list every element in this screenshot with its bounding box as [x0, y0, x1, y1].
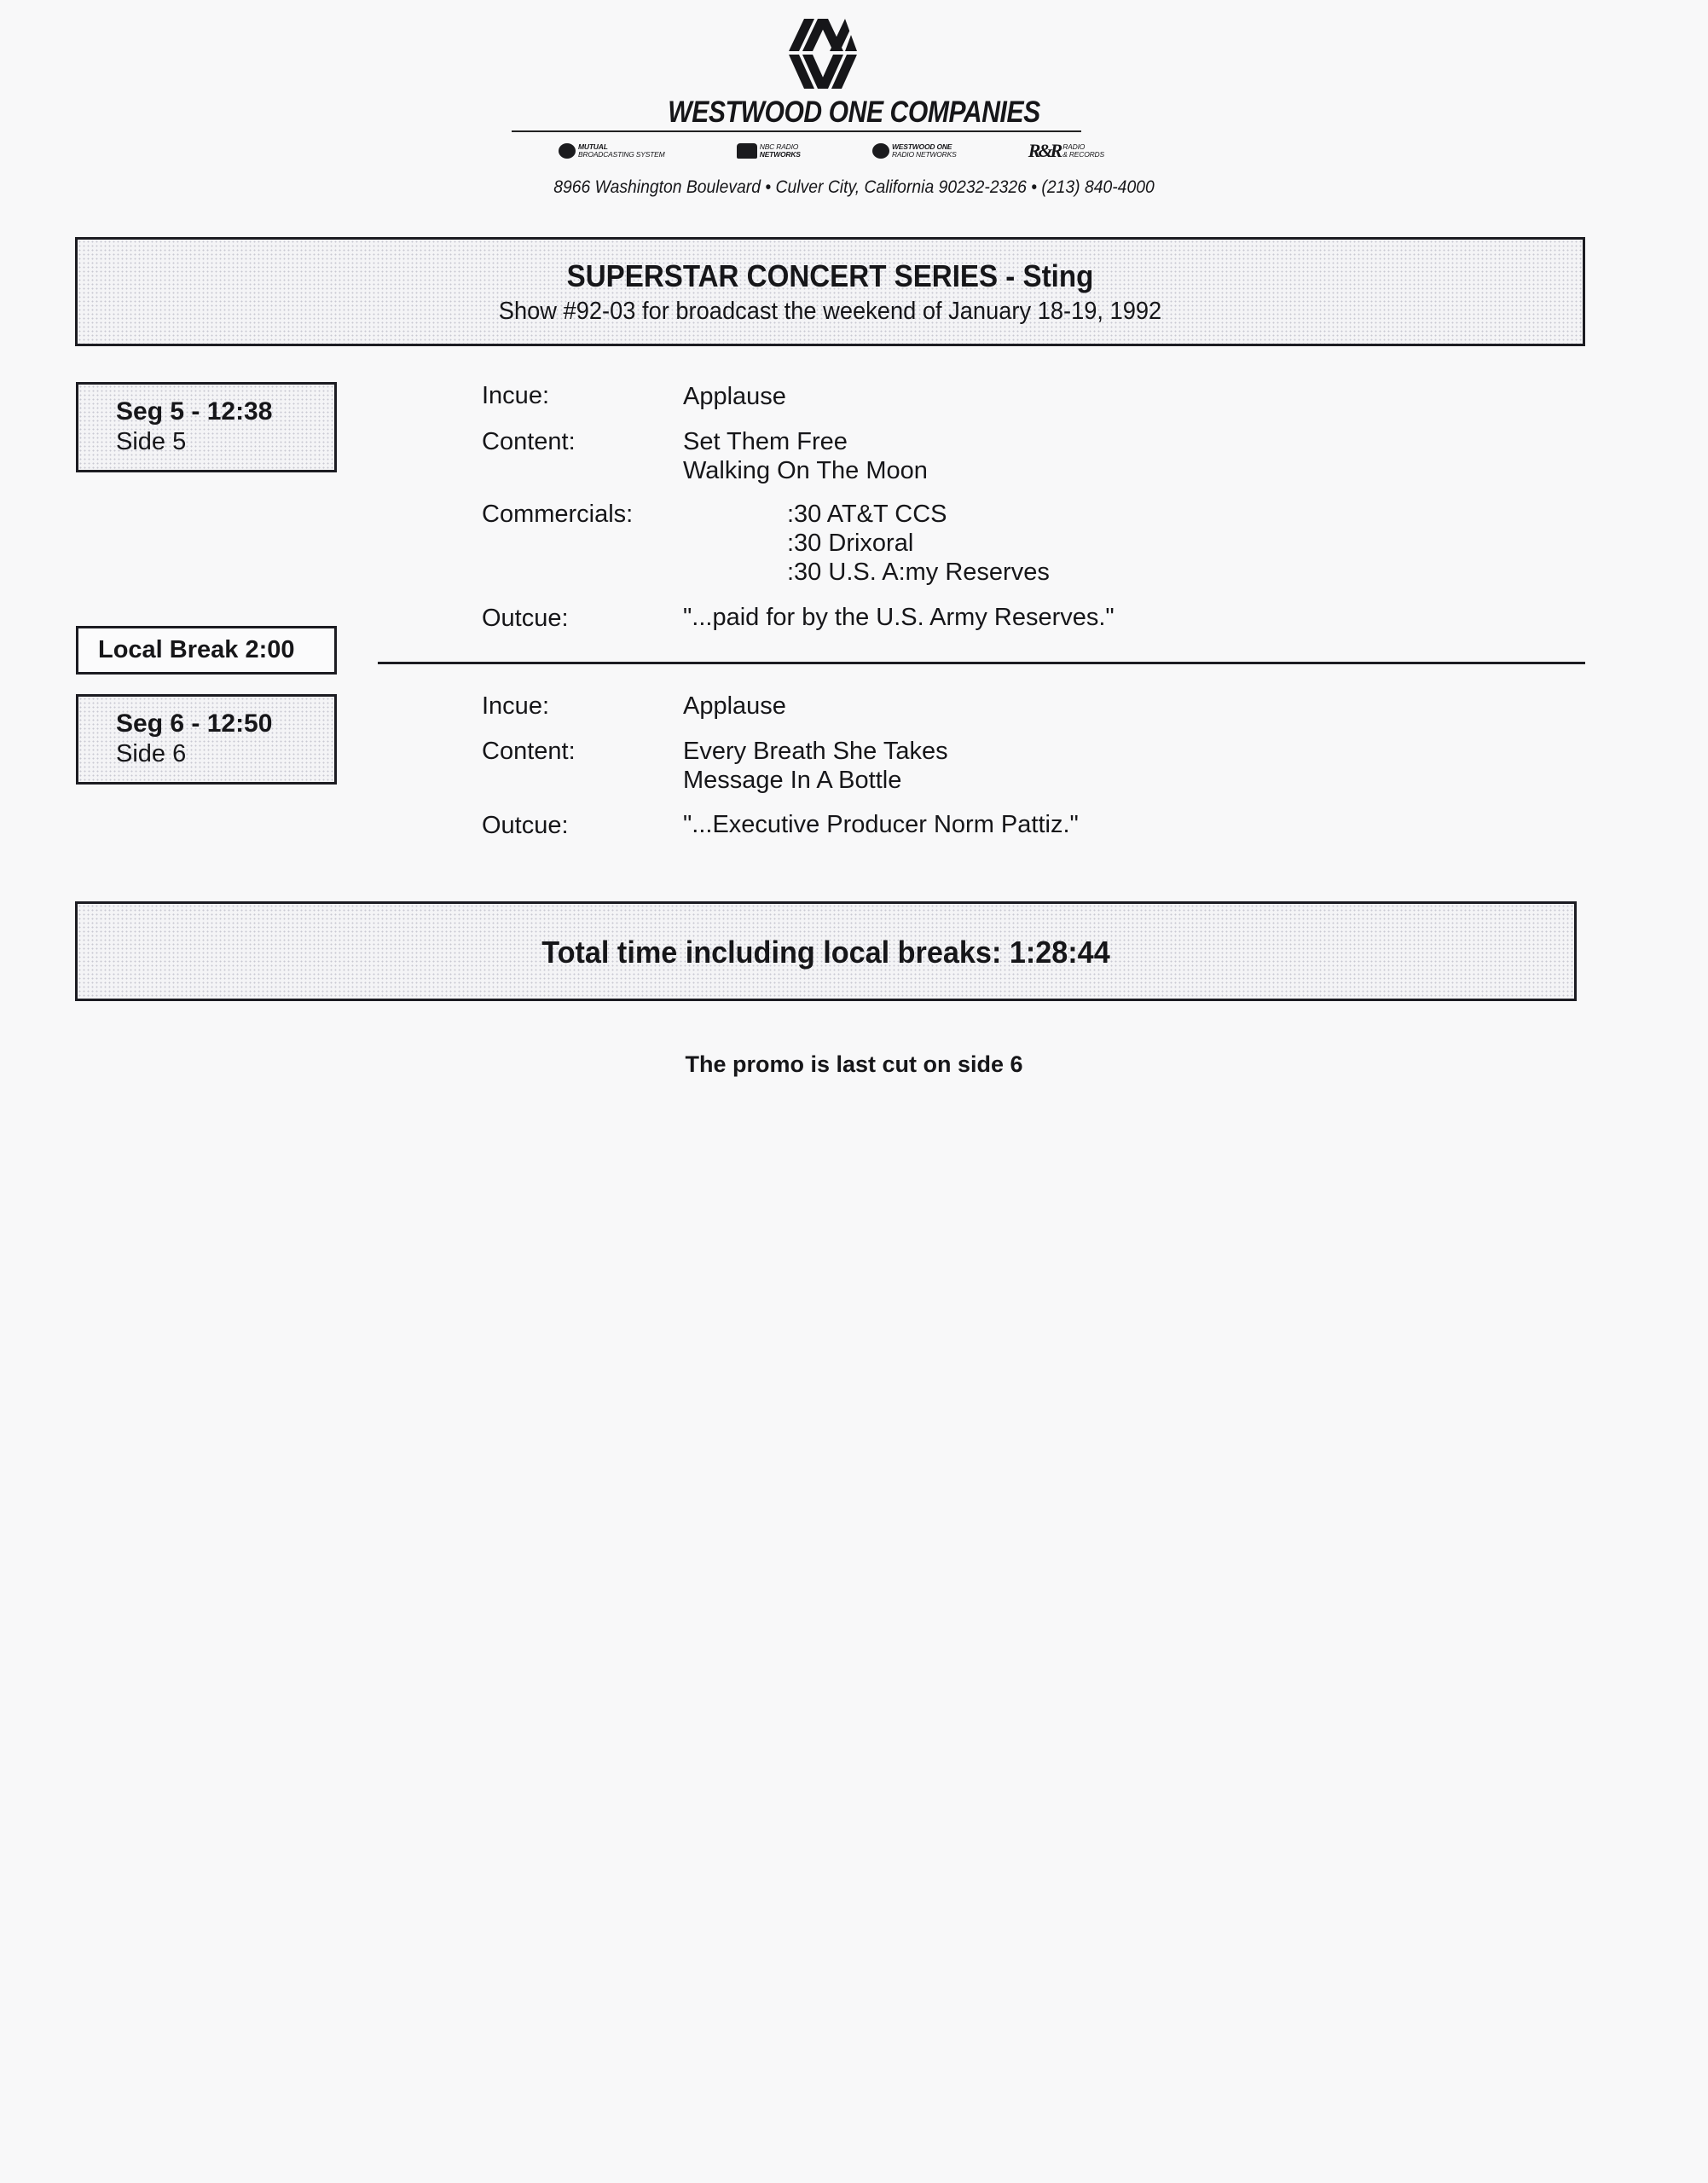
outcue-label: Outcue:: [482, 812, 569, 840]
incue-label: Incue:: [482, 382, 549, 410]
commercials-value: :30 AT&T CCS :30 Drixoral :30 U.S. A:my …: [787, 500, 1050, 587]
segment-title: Seg 6 - 12:50: [116, 709, 334, 739]
promo-note: The promo is last cut on side 6: [0, 1051, 1708, 1078]
content-item: Walking On The Moon: [683, 456, 928, 485]
outcue-value: "...paid for by the U.S. Army Reserves.": [683, 603, 1115, 632]
content-value: Set Them Free Walking On The Moon: [683, 427, 928, 485]
affiliate-subname: RADIO NETWORKS: [892, 150, 957, 159]
segment-5-box: Seg 5 - 12:38 Side 5: [76, 382, 337, 472]
mutual-logo-icon: [559, 143, 576, 159]
incue-value: Applause: [683, 692, 786, 721]
show-header-box: SUPERSTAR CONCERT SERIES - Sting Show #9…: [75, 237, 1585, 346]
affiliate-subname: NETWORKS: [760, 150, 801, 159]
outcue-label: Outcue:: [482, 605, 569, 633]
affiliate-subname: BROADCASTING SYSTEM: [578, 150, 665, 159]
nbc-logo-icon: [737, 143, 757, 159]
affiliate-nbc: NBC RADIONETWORKS: [737, 143, 801, 159]
content-item: Set Them Free: [683, 427, 928, 456]
segment-side: Side 6: [116, 739, 334, 768]
rr-logo-icon: R&R: [1028, 140, 1060, 162]
segment-side: Side 5: [116, 427, 334, 456]
content-item: Every Breath She Takes: [683, 737, 948, 766]
westwood-one-logo-icon: [789, 19, 857, 89]
commercial-item: :30 U.S. A:my Reserves: [787, 558, 1050, 587]
total-time: Total time including local breaks: 1:28:…: [115, 935, 1537, 970]
content-label: Content:: [482, 738, 576, 766]
commercial-item: :30 AT&T CCS: [787, 500, 1050, 529]
content-item: Message In A Bottle: [683, 766, 948, 795]
commercials-label: Commercials:: [482, 501, 633, 529]
letterhead-rule: [512, 130, 1081, 132]
segment-6-box: Seg 6 - 12:50 Side 6: [76, 694, 337, 785]
total-time-box: Total time including local breaks: 1:28:…: [75, 901, 1577, 1001]
affiliate-logos: MUTUALBROADCASTING SYSTEM NBC RADIONETWO…: [559, 139, 1104, 163]
company-address: 8966 Washington Boulevard • Culver City,…: [85, 177, 1623, 198]
commercial-item: :30 Drixoral: [787, 529, 1050, 558]
incue-label: Incue:: [482, 692, 549, 721]
content-value: Every Breath She Takes Message In A Bott…: [683, 737, 948, 795]
affiliate-mutual: MUTUALBROADCASTING SYSTEM: [559, 143, 665, 159]
company-name: WESTWOOD ONE COMPANIES: [119, 96, 1589, 130]
outcue-value: "...Executive Producer Norm Pattiz.": [683, 810, 1079, 839]
segment-title: Seg 5 - 12:38: [116, 397, 334, 427]
local-break-box: Local Break 2:00: [76, 626, 337, 675]
affiliate-radio-records: R&R RADIO& RECORDS: [1028, 140, 1104, 162]
show-subtitle: Show #92-03 for broadcast the weekend of…: [123, 298, 1537, 326]
affiliate-westwood-one-radio: WESTWOOD ONERADIO NETWORKS: [872, 143, 957, 159]
affiliate-subname: & RECORDS: [1062, 150, 1104, 159]
westwood-one-radio-logo-icon: [872, 143, 889, 159]
segment-separator: [378, 662, 1585, 664]
content-label: Content:: [482, 428, 576, 456]
show-title: SUPERSTAR CONCERT SERIES - Sting: [138, 258, 1523, 294]
incue-value: Applause: [683, 382, 786, 411]
